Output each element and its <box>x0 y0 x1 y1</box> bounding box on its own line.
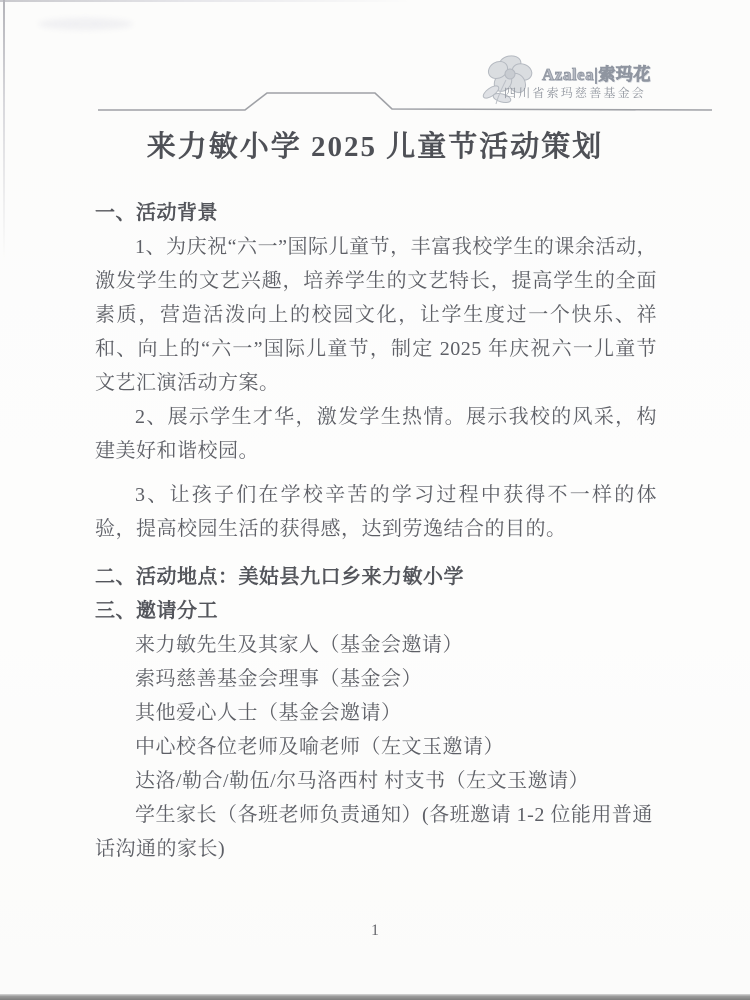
list-item: 来力敏先生及其家人（基金会邀请） <box>95 628 657 662</box>
foundation-logo: Azalea|索玛花 四川省索玛慈善基金会 <box>476 50 671 108</box>
list-item: 达洛/勒合/勒伍/尔马洛西村 村支书（左文玉邀请） <box>95 764 657 798</box>
list-item: 学生家长（各班老师负责通知）(各班邀请 1-2 位能用普通话沟通的家长) <box>95 798 657 866</box>
paragraph-background-3: 3、让孩子们在学校辛苦的学习过程中获得不一样的体验，提高校园生活的获得感，达到劳… <box>95 478 657 546</box>
scan-edge-bottom <box>0 994 750 1000</box>
page-number: 1 <box>0 922 750 940</box>
document-page: Azalea|索玛花 四川省索玛慈善基金会 来力敏小学 2025 儿童节活动策划… <box>0 0 750 1000</box>
paragraph-background-2: 2、展示学生才华，激发学生热情。展示我校的风采，构建美好和谐校园。 <box>95 400 657 468</box>
document-title: 来力敏小学 2025 儿童节活动策划 <box>0 124 750 165</box>
section-heading-1: 一、活动背景 <box>95 196 657 230</box>
paragraph-background-1: 1、为庆祝“六一”国际儿童节，丰富我校学生的课余活动，激发学生的文艺兴趣，培养学… <box>95 230 657 400</box>
logo-brand-text: Azalea|索玛花 <box>542 60 651 85</box>
list-item: 中心校各位老师及喻老师（左文玉邀请） <box>95 730 657 764</box>
list-item: 其他爱心人士（基金会邀请） <box>95 696 657 730</box>
logo-org-text: 四川省索玛慈善基金会 <box>504 84 646 101</box>
section-heading-2: 二、活动地点：美姑县九口乡来力敏小学 <box>95 560 657 594</box>
section-heading-3: 三、邀请分工 <box>95 594 657 628</box>
list-item: 索玛慈善基金会理事（基金会） <box>95 662 657 696</box>
invitee-list: 来力敏先生及其家人（基金会邀请） 索玛慈善基金会理事（基金会） 其他爱心人士（基… <box>95 628 657 866</box>
document-body: 一、活动背景 1、为庆祝“六一”国际儿童节，丰富我校学生的课余活动，激发学生的文… <box>95 196 657 866</box>
